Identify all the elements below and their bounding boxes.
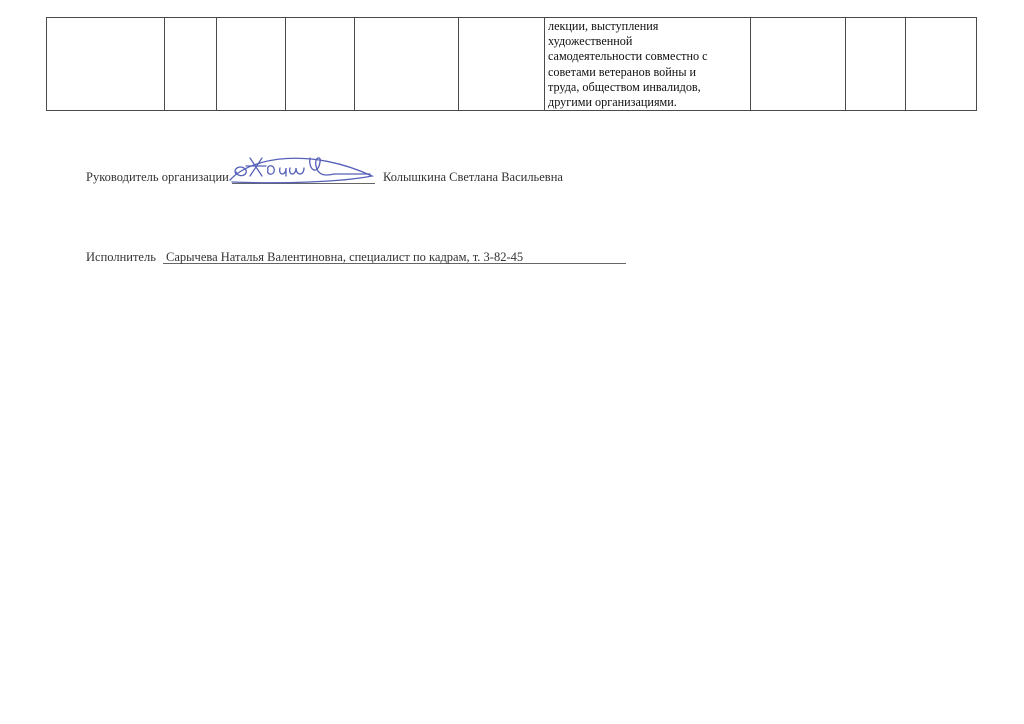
activity-description-cell: лекции, выступления художественной самод… bbox=[545, 18, 751, 111]
text-line: другими организациями. bbox=[548, 95, 747, 110]
executor-value: Сарычева Наталья Валентиновна, специалис… bbox=[166, 250, 523, 265]
table-cell bbox=[459, 18, 545, 111]
head-name: Колышкина Светлана Васильевна bbox=[383, 170, 563, 185]
table-row: лекции, выступления художественной самод… bbox=[47, 18, 977, 111]
table-cell bbox=[355, 18, 459, 111]
head-label: Руководитель организации bbox=[86, 170, 229, 185]
table-cell bbox=[751, 18, 846, 111]
text-line: лекции, выступления bbox=[548, 19, 747, 34]
text-line: труда, обществом инвалидов, bbox=[548, 80, 747, 95]
text-line: самодеятельности совместно с bbox=[548, 49, 747, 64]
table-cell bbox=[217, 18, 286, 111]
table-cell bbox=[165, 18, 217, 111]
text-line: советами ветеранов войны и bbox=[548, 65, 747, 80]
text-line: художественной bbox=[548, 34, 747, 49]
report-table: лекции, выступления художественной самод… bbox=[46, 17, 977, 111]
signature-icon bbox=[222, 146, 382, 188]
executor-label: Исполнитель bbox=[86, 250, 156, 265]
table-cell bbox=[846, 18, 906, 111]
table-cell bbox=[906, 18, 977, 111]
table-cell bbox=[286, 18, 355, 111]
table-cell bbox=[47, 18, 165, 111]
